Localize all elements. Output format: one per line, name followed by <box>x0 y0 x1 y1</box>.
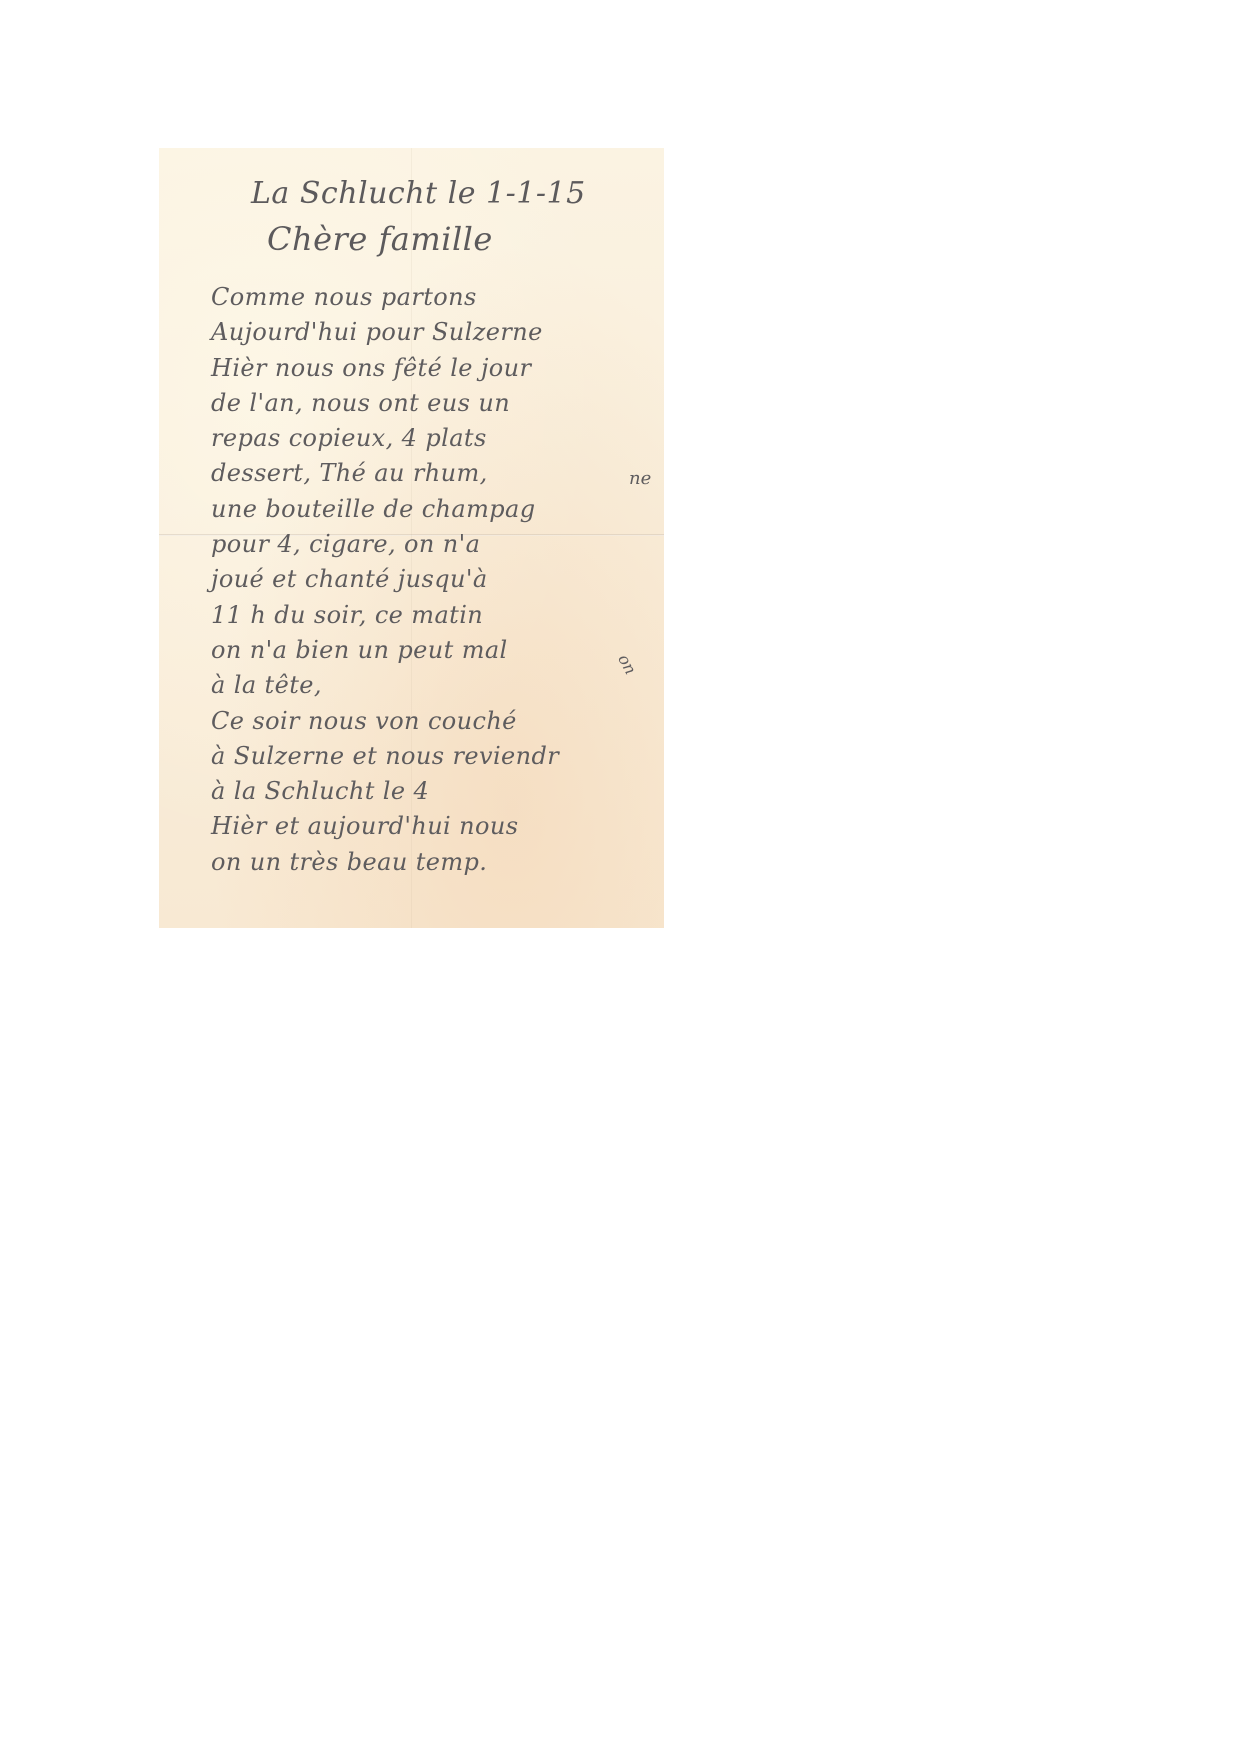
letter-line: une bouteille de champag <box>211 492 651 527</box>
letter-line: à la Schlucht le 4 <box>211 774 651 809</box>
letter-body: Comme nous partons Aujourd'hui pour Sulz… <box>211 280 651 880</box>
letter-line: on n'a bien un peut mal <box>211 633 651 668</box>
letter-line: de l'an, nous ont eus un <box>211 386 651 421</box>
letter-line: Comme nous partons <box>211 280 651 315</box>
letter-line: joué et chanté jusqu'à <box>211 562 651 597</box>
letter-line: on un très beau temp. <box>211 845 651 880</box>
letter-greeting: Chère famille <box>267 220 493 258</box>
letter-line: Hièr nous ons fêté le jour <box>211 351 651 386</box>
letter-line: 11 h du soir, ce matin <box>211 598 651 633</box>
letter-line: Ce soir nous von couché <box>211 704 651 739</box>
margin-note-champagne: ne <box>629 468 651 489</box>
letter-place-date: La Schlucht le 1-1-15 <box>251 176 586 211</box>
letter-line: Aujourd'hui pour Sulzerne <box>211 315 651 350</box>
letter-line: repas copieux, 4 plats <box>211 421 651 456</box>
letter-line: dessert, Thé au rhum, <box>211 456 651 491</box>
letter-line: pour 4, cigare, on n'a <box>211 527 651 562</box>
letter-line: à Sulzerne et nous reviendr <box>211 739 651 774</box>
letter-line: à la tête, <box>211 668 651 703</box>
letter-line: Hièr et aujourd'hui nous <box>211 809 651 844</box>
letter-page: La Schlucht le 1-1-15 Chère famille Comm… <box>159 148 664 928</box>
